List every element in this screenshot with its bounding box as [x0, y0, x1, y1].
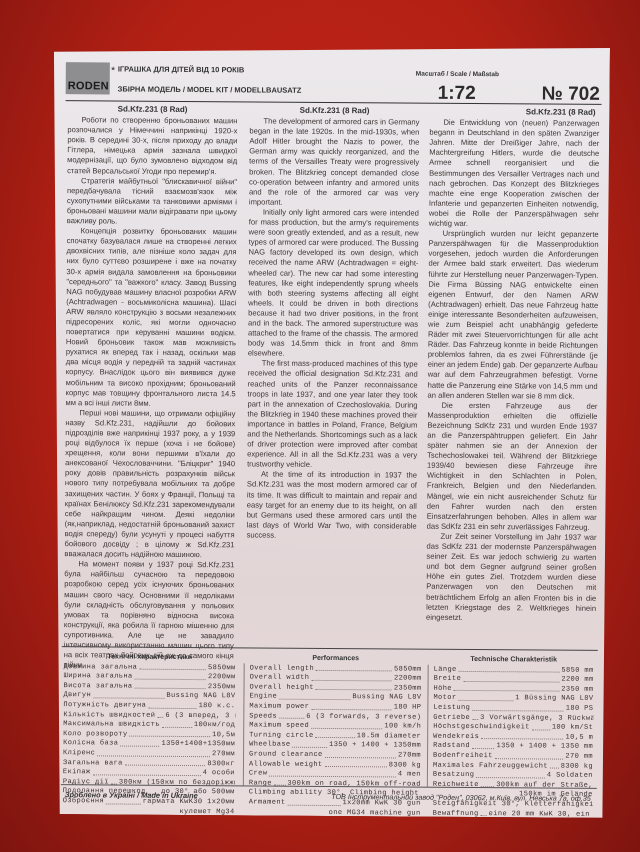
dot-leader	[454, 685, 559, 692]
paragraph: Die ersten Fahrzeuge aus der Massenprodu…	[427, 400, 598, 532]
kit-type: ЗБІРНА МОДЕЛЬ / MODEL KIT / MODELLBAUSAT…	[118, 85, 302, 95]
paragraph: The first mass-produced machines of this…	[247, 359, 418, 471]
spec-label: Armament	[249, 798, 286, 808]
specs-title: Технічні характеристики	[64, 652, 236, 663]
paragraph: Die Entwicklung von (neuen) Panzerwagen …	[429, 118, 600, 230]
spec-label: Висота загальна	[63, 682, 132, 692]
dot-leader	[316, 732, 355, 739]
spec-value: 270 mm	[565, 753, 593, 763]
spec-value: 10.5m diameter	[357, 732, 421, 742]
spec-label: Leistung	[433, 704, 470, 714]
history-text: Sd.Kfz.231 (8 Rad) Роботи по створенню б…	[64, 104, 598, 648]
spec-value: 2350мм	[208, 683, 236, 693]
spec-value: eine 20 mm KwK 30, ein MG 34	[489, 810, 593, 820]
spec-label: Колісна база	[63, 739, 118, 749]
spec-row: Reichweite300km auf der Straße,	[433, 780, 593, 791]
dot-leader	[293, 741, 328, 748]
divider	[243, 663, 245, 785]
spec-value: 180 к.с.	[199, 702, 236, 712]
dot-leader	[311, 674, 392, 681]
dot-leader	[472, 742, 495, 749]
spec-label: Двигун	[63, 692, 91, 702]
spec-label: Speeds	[249, 712, 277, 722]
made-in-label: Зроблено в Україні / Made in Ukraine	[65, 790, 198, 800]
spec-value: 5850мм	[208, 664, 236, 674]
brand-name: RODEN	[68, 80, 109, 92]
dot-leader	[472, 714, 478, 721]
dot-leader	[481, 733, 563, 740]
spec-value: 300km auf der Straße,	[496, 781, 593, 791]
dot-leader	[93, 768, 201, 775]
dot-leader	[472, 704, 564, 711]
paragraph: Перші нові машини, що отримали офіційну …	[64, 408, 235, 561]
spec-label: Besatzung	[433, 771, 474, 781]
spec-label: Ширина загальна	[64, 672, 133, 682]
spec-value: 1350+1400+1350мм	[161, 740, 235, 750]
spec-label: Bewaffnung	[433, 809, 479, 819]
paragraph: Zur Zeit seiner Vorstellung im Jahr 1937…	[426, 532, 597, 624]
dot-leader	[325, 751, 396, 758]
dot-leader	[532, 724, 550, 731]
spec-value: 100 km/h	[384, 723, 421, 733]
dot-leader	[463, 675, 559, 682]
dot-leader	[148, 702, 196, 709]
specs-title: Performances	[250, 653, 422, 664]
spec-value: 2200мм	[208, 673, 236, 683]
dot-leader	[279, 693, 350, 700]
spec-label: Wendekreis	[433, 732, 479, 742]
paragraph: The development of armored cars in Germa…	[249, 117, 420, 209]
spec-value: 100 km/St	[552, 724, 593, 734]
paragraph: Концепція розвитку броньованих машин спо…	[65, 226, 236, 409]
spec-label: Turning circle	[249, 731, 313, 741]
spec-value: 270мм	[212, 750, 235, 760]
column-german: Sd.Kfz.231 (8 Rad) Die Entwicklung von (…	[426, 107, 600, 624]
spec-label: Кількість швидкостей	[63, 711, 155, 721]
kit-number: № 702	[542, 83, 600, 105]
spec-label: Getriebe	[433, 713, 470, 723]
dot-leader	[481, 810, 487, 817]
spec-label: Breite	[434, 675, 462, 685]
dot-leader	[495, 752, 564, 759]
column-title: Sd.Kfz.231 (8 Rad)	[430, 107, 600, 118]
spec-value: 6 (3 вперед, 3 назад)	[165, 711, 235, 721]
spec-label: Allowable weight	[249, 760, 323, 770]
spec-label: Радіус дії	[63, 778, 109, 788]
spec-row: Bewaffnungeine 20 mm KwK 30, ein MG 34	[433, 809, 593, 820]
spec-value: 2200 mm	[561, 676, 593, 686]
spec-label: Maximum power	[249, 702, 309, 712]
spec-row: one MG34 machine gun	[249, 808, 421, 819]
spec-value: one MG34 machine gun	[329, 808, 421, 818]
dot-leader	[325, 760, 387, 767]
divider	[427, 665, 429, 787]
spec-value: 5850 mm	[561, 666, 593, 676]
spec-label: Загальна вага	[63, 759, 123, 769]
spec-value: 180 HP	[394, 703, 422, 713]
spec-label: Ground clearance	[249, 750, 323, 760]
spec-value: 270mm	[398, 751, 421, 761]
spec-label: Maximum speed	[249, 722, 309, 732]
dot-leader	[93, 692, 164, 699]
dot-leader	[162, 721, 192, 728]
specs-title: Technische Charakteristik	[434, 655, 594, 666]
spec-label: Кліренс	[63, 749, 95, 759]
dot-leader	[125, 759, 206, 766]
spec-value: 2350 mm	[561, 685, 593, 695]
specifications: Технічні характеристики Довжина загальна…	[63, 652, 594, 788]
spec-value: 2350mm	[394, 684, 422, 694]
dot-leader	[279, 712, 304, 719]
spec-label: Overall width	[250, 674, 310, 684]
dot-leader	[458, 694, 513, 701]
spec-value: Bussing NAG L8V	[166, 692, 235, 702]
paragraph: Initially only light armored cars were i…	[248, 207, 419, 360]
spec-label: Коло розвороту	[63, 730, 127, 740]
sheet-header: ★ RODEN ІГРАШКА ДЛЯ ДІТЕЙ ВІД 10 РОКІВ З…	[66, 58, 602, 105]
dot-leader	[550, 762, 559, 769]
spec-value: 1 Büssing NAG L8V	[515, 695, 593, 705]
spec-value: 100км/год	[194, 721, 235, 731]
dot-leader	[311, 722, 382, 729]
spec-value: 10,5м	[212, 731, 235, 741]
dot-leader	[157, 711, 163, 718]
spec-label: Motor	[433, 694, 456, 704]
dot-leader	[316, 684, 392, 691]
company-address: ТОВ Інструментальний завод "Роден", 0306…	[331, 792, 591, 803]
column-title: Sd.Kfz.231 (8 Rad)	[68, 104, 238, 115]
dot-leader	[135, 673, 206, 680]
spec-label: Overall height	[249, 683, 313, 693]
spec-value: 5850mm	[394, 665, 422, 675]
scale-label: Масштаб / Scale / Maßstab	[416, 71, 499, 79]
spec-label: Radstand	[433, 742, 470, 752]
star-icon: ★	[110, 65, 115, 72]
spec-value: 8300кг	[207, 760, 235, 770]
column-title: Sd.Kfz.231 (8 Rad)	[250, 105, 420, 116]
spec-value: 2200mm	[394, 675, 422, 685]
dot-leader	[459, 665, 560, 672]
spec-label: Range	[249, 779, 272, 789]
spec-value: кулемет Mg34	[179, 807, 234, 817]
dot-leader	[120, 740, 159, 747]
spec-label: Wheelbase	[249, 741, 290, 751]
paragraph: Роботи по створенню броньованих машин ро…	[67, 115, 237, 177]
age-notice: ІГРАШКА ДЛЯ ДІТЕЙ ВІД 10 РОКІВ	[118, 65, 245, 75]
dot-leader	[135, 682, 206, 689]
spec-value: 4 men	[398, 771, 421, 781]
paragraph: Ursprünglich wurden nur leicht gepanzert…	[428, 229, 599, 402]
spec-label: Reichweite	[433, 780, 479, 790]
paragraph: Стратегія майбутньої "блискавичної війни…	[67, 176, 237, 228]
dot-leader	[269, 770, 396, 777]
spec-value: 10,5 m	[566, 733, 594, 743]
spec-label: Потужність двигуна	[63, 701, 146, 711]
spec-label: Engine	[249, 693, 277, 703]
dot-leader	[311, 703, 392, 710]
spec-value: 4 Soldaten	[547, 772, 593, 782]
spec-value: Bussing NAG L8V	[352, 694, 421, 704]
spec-label: Overall length	[250, 664, 314, 674]
column-ukrainian: Sd.Kfz.231 (8 Rad) Роботи по створенню б…	[64, 104, 238, 671]
spec-value: 8300 kg	[389, 761, 421, 771]
dot-leader	[139, 663, 206, 670]
spec-value: 8300 kg	[561, 762, 593, 772]
paragraph: At the time of its introduction in 1937 …	[247, 470, 417, 542]
spec-value: 4 особи	[203, 769, 235, 779]
column-english: Sd.Kfz.231 (8 Rad) The development of ar…	[247, 105, 420, 541]
dot-leader	[476, 771, 545, 778]
roden-logo: ★ RODEN	[66, 62, 110, 94]
spec-value: 180 PS	[566, 705, 594, 715]
spec-label: Länge	[434, 665, 457, 675]
dot-leader	[97, 749, 210, 756]
scale-value: 1:72	[438, 83, 476, 105]
spec-label: Довжина загальна	[64, 663, 138, 673]
dot-leader	[316, 664, 392, 671]
dot-leader	[130, 730, 211, 737]
spec-label: Екіпаж	[63, 768, 91, 778]
spec-label: Bodenfreiheit	[433, 752, 493, 762]
instruction-sheet: ★ RODEN ІГРАШКА ДЛЯ ДІТЕЙ ВІД 10 РОКІВ З…	[49, 44, 610, 818]
spec-label: Crew	[249, 770, 267, 780]
spec-label: Höhe	[433, 685, 451, 695]
spec-row: кулемет Mg34	[63, 807, 235, 818]
